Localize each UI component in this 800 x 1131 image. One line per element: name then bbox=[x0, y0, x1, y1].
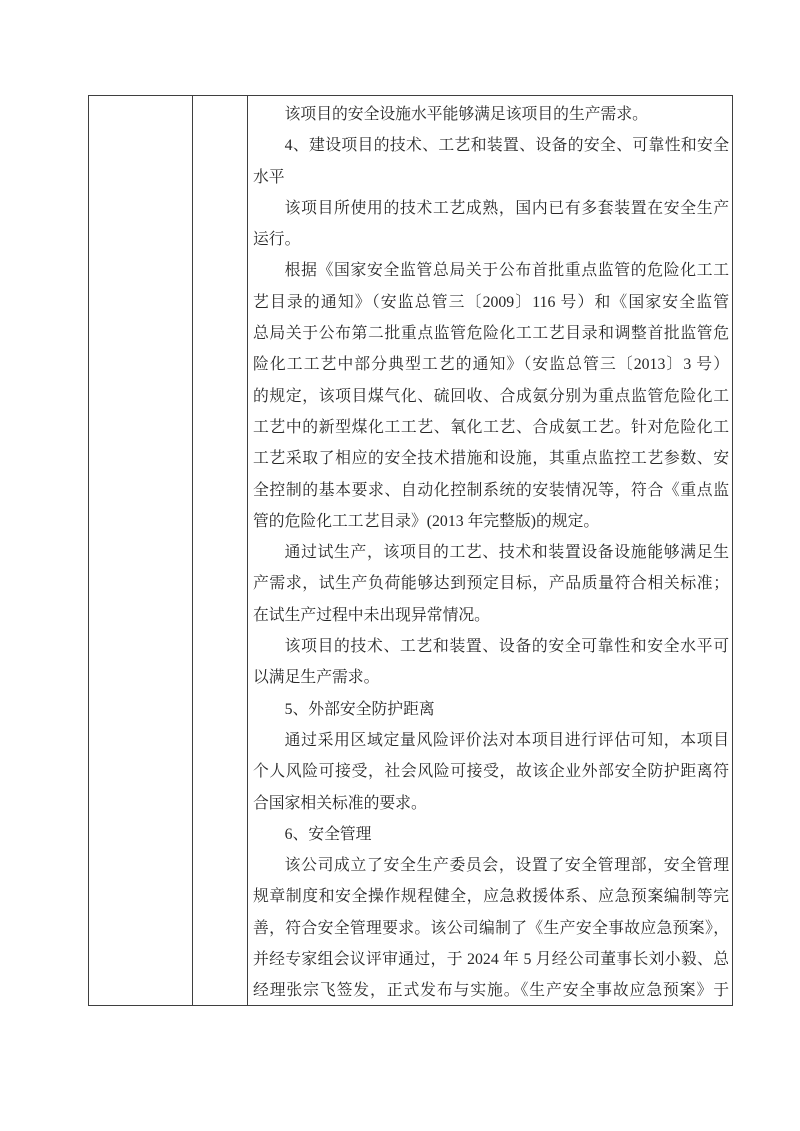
text-line: 通过采用区域定量风险评价法对本项目进行评估可知，本项目 bbox=[253, 725, 729, 756]
content-table: 该项目的安全设施水平能够满足该项目的生产需求。4、建设项目的技术、工艺和装置、设… bbox=[88, 95, 733, 1006]
text-line: 4、建设项目的技术、工艺和装置、设备的安全、可靠性和安全 bbox=[253, 130, 729, 161]
text-line: 险化工工艺中部分典型工艺的通知》（安监总管三〔2013〕3 号） bbox=[253, 349, 729, 380]
text-line: 善，符合安全管理要求。该公司编制了《生产安全事故应急预案》， bbox=[253, 913, 729, 944]
text-line: 该项目的安全设施水平能够满足该项目的生产需求。 bbox=[253, 99, 729, 130]
text-line: 管的危险化工工艺目录》(2013 年完整版)的规定。 bbox=[253, 506, 729, 537]
text-line: 通过试生产，该项目的工艺、技术和装置设备设施能够满足生 bbox=[253, 537, 729, 568]
text-line: 根据《国家安全监管总局关于公布首批重点监管的危险化工工 bbox=[253, 255, 729, 286]
text-line: 合国家相关标准的要求。 bbox=[253, 788, 729, 819]
text-line: 5、外部安全防护距离 bbox=[253, 694, 729, 725]
sub-label-cell bbox=[193, 96, 248, 1005]
text-line: 的规定，该项目煤气化、硫回收、合成氨分别为重点监管危险化工 bbox=[253, 381, 729, 412]
text-line: 并经专家组会议评审通过，于 2024 年 5 月经公司董事长刘小毅、总 bbox=[253, 944, 729, 975]
text-line: 运行。 bbox=[253, 224, 729, 255]
text-line: 6、安全管理 bbox=[253, 819, 729, 850]
text-line: 经理张宗飞签发，正式发布与实施。《生产安全事故应急预案》于 bbox=[253, 975, 729, 1005]
document-page: 该项目的安全设施水平能够满足该项目的生产需求。4、建设项目的技术、工艺和装置、设… bbox=[0, 0, 800, 1131]
content-cell: 该项目的安全设施水平能够满足该项目的生产需求。4、建设项目的技术、工艺和装置、设… bbox=[248, 96, 732, 1005]
row-label-cell bbox=[89, 96, 193, 1005]
text-line: 工艺中的新型煤化工工艺、氧化工艺、合成氨工艺。针对危险化工 bbox=[253, 412, 729, 443]
text-line: 艺目录的通知》（安监总管三〔2009〕116 号）和《国家安全监管 bbox=[253, 287, 729, 318]
text-line: 工艺采取了相应的安全技术措施和设施，其重点监控工艺参数、安 bbox=[253, 443, 729, 474]
text-line: 该项目所使用的技术工艺成熟，国内已有多套装置在安全生产 bbox=[253, 193, 729, 224]
text-line: 产需求，试生产负荷能够达到预定目标，产品质量符合相关标准； bbox=[253, 568, 729, 599]
text-line: 水平 bbox=[253, 162, 729, 193]
text-line: 该项目的技术、工艺和装置、设备的安全可靠性和安全水平可 bbox=[253, 631, 729, 662]
text-line: 以满足生产需求。 bbox=[253, 662, 729, 693]
text-line: 全控制的基本要求、自动化控制系统的安装情况等，符合《重点监 bbox=[253, 475, 729, 506]
text-line: 总局关于公布第二批重点监管危险化工工艺目录和调整首批监管危 bbox=[253, 318, 729, 349]
text-line: 规章制度和安全操作规程健全，应急救援体系、应急预案编制等完 bbox=[253, 881, 729, 912]
text-line: 在试生产过程中未出现异常情况。 bbox=[253, 600, 729, 631]
text-line: 个人风险可接受，社会风险可接受，故该企业外部安全防护距离符 bbox=[253, 756, 729, 787]
text-line: 该公司成立了安全生产委员会，设置了安全管理部，安全管理 bbox=[253, 850, 729, 881]
